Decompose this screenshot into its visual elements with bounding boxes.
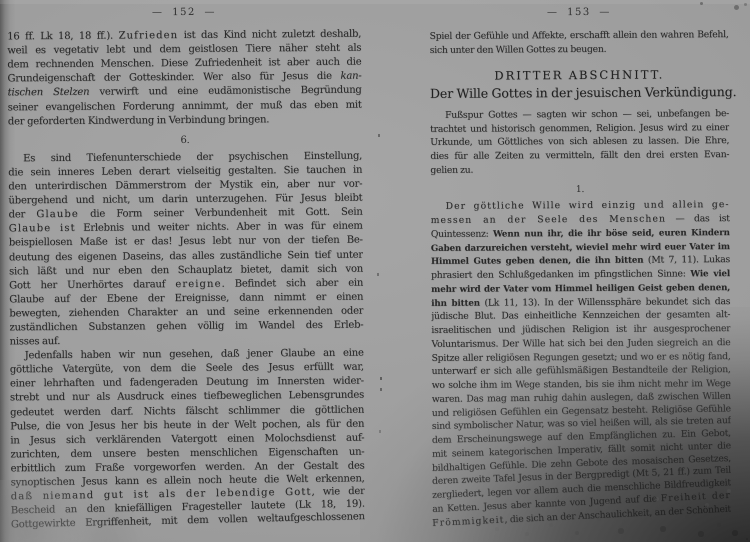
text-line: messen an der Seele des Menschen — das i…	[431, 212, 730, 228]
paragraph: Spiel der Gefühle und Affekte, erschafft…	[430, 28, 729, 57]
section-number: 6.	[8, 132, 362, 149]
page-152: — 152 — 16 ff. Lk 18, 18 ff.). Zufrieden…	[7, 0, 365, 533]
text-line: sich unter den Willen Gottes zu beugen.	[430, 42, 729, 58]
text-line: mehr wird der Vater vom Himmel heiligen …	[431, 281, 730, 297]
paragraph: 16 ff. Lk 18, 18 ff.). Zufrieden ist das…	[7, 28, 362, 129]
text-line: phrasiert den Schlußgedanken im pfingstl…	[431, 267, 730, 283]
text-line: israelitischen und jüdischen Religion is…	[431, 322, 730, 338]
scan-gutter-specks	[378, 134, 380, 137]
section-number: 1.	[431, 182, 730, 198]
text-line: zuständlichen Substanzen gehen völlig im…	[9, 319, 363, 336]
text-line: Quintessenz: Wenn nun ihr, die ihr böse …	[431, 226, 730, 242]
paragraph: Jedenfalls haben wir nun gesehen, daß je…	[10, 347, 365, 533]
text-line: der geforderten Kindwerdung in Verbindun…	[8, 112, 362, 129]
text-line: seiner evangelischen Forderung annimmt, …	[8, 98, 362, 115]
paragraph: Fußspur Gottes — sagten wir schon — sei,…	[430, 107, 729, 178]
paragraph: Der göttliche Wille wird einzig und alle…	[431, 198, 732, 530]
book-scan: — 152 — 16 ff. Lk 18, 18 ff.). Zufrieden…	[0, 0, 750, 542]
page-number-left: — 152 —	[7, 5, 361, 22]
page-153: — 153 — Spiel der Gefühle und Affekte, e…	[429, 0, 731, 530]
text-line: gelien zu.	[430, 162, 729, 178]
scan-corner-noise	[746, 538, 748, 540]
text-line: dies für alle Zeiten zu vermitteln, fäll…	[430, 148, 729, 164]
text-line: Fußspur Gottes — sagten wir schon — sei,…	[430, 107, 729, 123]
page-number-right: — 153 —	[429, 5, 728, 21]
text-line: Spiel der Gefühle und Affekte, erschafft…	[430, 28, 729, 44]
paragraph: Es sind Tiefenunterschiede der psychisch…	[8, 149, 364, 349]
chapter-heading: DRITTER ABSCHNITT.	[430, 68, 729, 84]
text-line: Voluntarismus. Der Wille hat sich bei de…	[431, 336, 730, 352]
chapter-subheading: Der Wille Gottes in der jesuischen Verkü…	[430, 85, 729, 101]
